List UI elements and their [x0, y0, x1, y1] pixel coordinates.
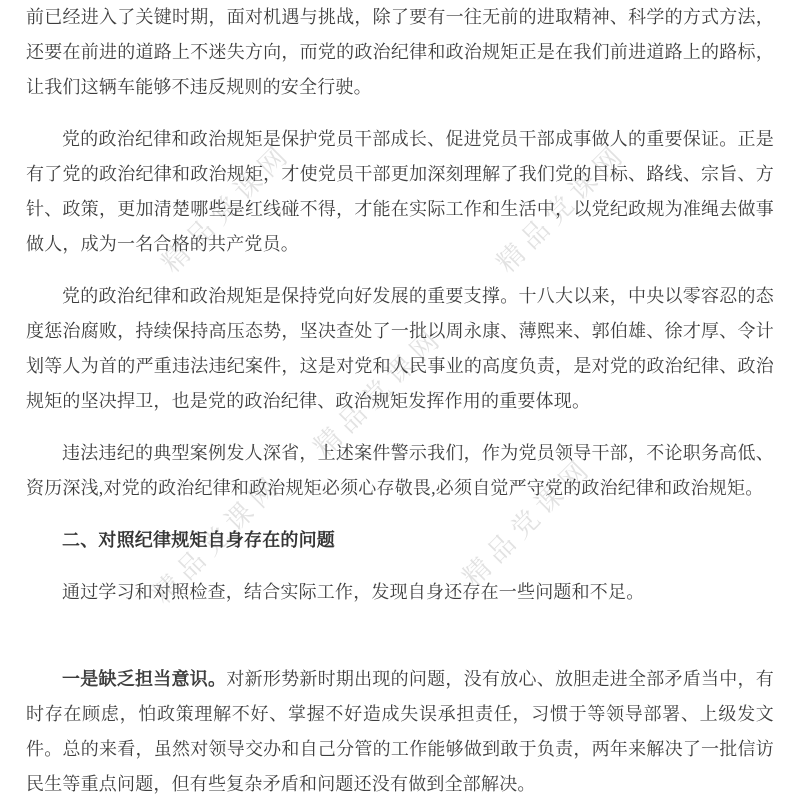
document-body: 前已经进入了关键时期，面对机遇与挑战，除了要有一往无前的进取精神、科学的方式方法… [0, 0, 800, 800]
document-page: 精品党课网 精品党课网 精品党课网 精品党课网 精品党课网 前已经进入了关键时期… [0, 0, 800, 800]
paragraph-important-support: 党的政治纪律和政治规矩是保持党向好发展的重要支撑。十八大以来，中央以零容忍的态度… [26, 279, 774, 419]
paragraph-problem-1-lead: 一是缺乏担当意识。 [62, 669, 226, 689]
section-heading-2-problems: 二、对照纪律规矩自身存在的问题 [26, 523, 774, 558]
paragraph-road-sign-continuation: 前已经进入了关键时期，面对机遇与挑战，除了要有一往无前的进取精神、科学的方式方法… [26, 0, 774, 105]
paragraph-typical-cases-warning: 违法违纪的典型案例发人深省，上述案件警示我们，作为党员领导干部，不论职务高低、资… [26, 436, 774, 506]
paragraph-problem-1: 一是缺乏担当意识。对新形势新时期出现的问题，没有放心、放胆走进全部矛盾当中，有时… [26, 662, 774, 800]
paragraph-self-check-intro: 通过学习和对照检查，结合实际工作，发现自身还存在一些问题和不足。 [26, 575, 774, 610]
paragraph-important-guarantee: 党的政治纪律和政治规矩是保护党员干部成长、促进党员干部成事做人的重要保证。正是有… [26, 122, 774, 262]
